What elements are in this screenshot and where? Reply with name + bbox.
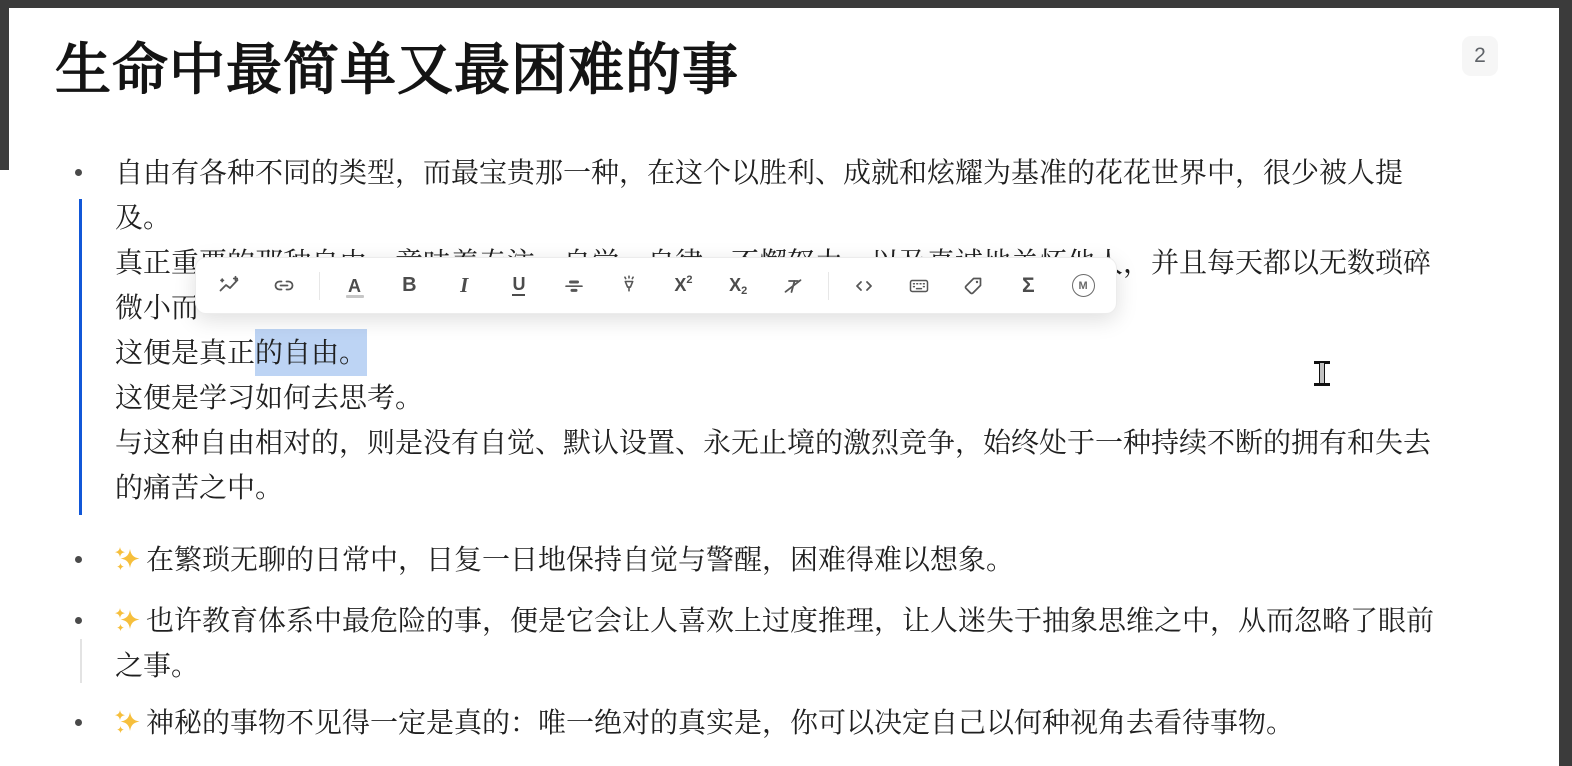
inline-code-button[interactable] — [844, 266, 884, 306]
paragraph-line[interactable]: 这便是真正的自由。 — [115, 330, 367, 375]
paragraph-line[interactable]: 与这种自由相对的，则是没有自觉、默认设置、永无止境的激烈竞争，始终处于一种持续不… — [115, 420, 1431, 465]
sparkles-emoji — [112, 603, 142, 633]
highlight-icon — [617, 274, 641, 298]
inline-code-icon — [852, 274, 876, 298]
underline-icon: U — [512, 275, 525, 296]
strikethrough-icon — [562, 274, 586, 298]
keyboard-button[interactable] — [899, 266, 939, 306]
clear-format-button[interactable] — [773, 266, 813, 306]
paragraph-line[interactable]: 及。 — [115, 195, 171, 240]
bullet-marker — [75, 169, 82, 176]
tag-icon — [961, 274, 985, 298]
active-block-indicator — [79, 199, 82, 515]
paragraph-line[interactable]: 也许教育体系中最危险的事，便是它会让人喜欢上过度推理，让人迷失于抽象思维之中，从… — [112, 598, 1434, 643]
link-button[interactable] — [264, 266, 304, 306]
paragraph-line[interactable]: 在繁琐无聊的日常中，日复一日地保持自觉与警醒，困难得难以想象。 — [112, 537, 1014, 582]
markdown-icon: M — [1072, 274, 1095, 297]
bullet-marker — [75, 719, 82, 726]
sparkles-emoji — [112, 542, 142, 572]
text-cursor-pointer — [1313, 361, 1331, 386]
superscript-icon: X — [674, 275, 686, 296]
bullet-text: 也许教育体系中最危险的事，便是它会让人喜欢上过度推理，让人迷失于抽象思维之中，从… — [146, 605, 1434, 636]
counter-badge-value: 2 — [1474, 44, 1486, 68]
bullet-marker — [75, 556, 82, 563]
highlight-button[interactable] — [609, 266, 649, 306]
paragraph-line[interactable]: 自由有各种不同的类型，而最宝贵那一种，在这个以胜利、成就和炫耀为基准的花花世界中… — [115, 150, 1403, 195]
editor-window: 生命中最简单又最困难的事 2 自由有各种不同的类型，而最宝贵那一种，在这个以胜利… — [0, 0, 1572, 766]
font-color-button[interactable]: A — [335, 266, 375, 306]
formula-button[interactable]: Σ — [1008, 266, 1048, 306]
bold-button[interactable]: B — [389, 266, 429, 306]
frame-top-edge — [0, 0, 1572, 8]
tag-button[interactable] — [954, 266, 994, 306]
font-color-icon: A — [348, 277, 361, 295]
frame-right-edge — [1559, 0, 1572, 766]
toolbar-divider — [319, 272, 320, 300]
paragraph-line[interactable]: 之事。 — [115, 643, 199, 688]
markdown-button[interactable]: M — [1063, 266, 1103, 306]
bullet-text: 神秘的事物不见得一定是真的：唯一绝对的真实是，你可以决定自己以何种视角去看待事物… — [146, 707, 1294, 738]
italic-button[interactable]: I — [444, 266, 484, 306]
paragraph-line[interactable]: 神秘的事物不见得一定是真的：唯一绝对的真实是，你可以决定自己以何种视角去看待事物… — [112, 700, 1294, 745]
strikethrough-button[interactable] — [554, 266, 594, 306]
paragraph-line[interactable]: 这便是学习如何去思考。 — [115, 375, 423, 420]
formatting-toolbar: A B I U X2 — [195, 257, 1117, 314]
counter-badge[interactable]: 2 — [1462, 36, 1498, 76]
ai-polish-icon — [217, 274, 241, 298]
keyboard-icon — [907, 274, 931, 298]
toolbar-divider — [828, 272, 829, 300]
superscript-button[interactable]: X2 — [664, 266, 704, 306]
underline-button[interactable]: U — [499, 266, 539, 306]
paragraph-line[interactable]: 微小而 — [115, 285, 199, 330]
page-title[interactable]: 生命中最简单又最困难的事 — [55, 36, 739, 104]
bullet-text: 在繁琐无聊的日常中，日复一日地保持自觉与警醒，困难得难以想象。 — [146, 544, 1014, 575]
bullet-marker — [75, 617, 82, 624]
formula-icon: Σ — [1022, 274, 1035, 298]
bold-icon: B — [402, 274, 416, 297]
list-thread-line — [80, 639, 82, 683]
ai-polish-button[interactable] — [209, 266, 249, 306]
text-before-selection: 这便是真正 — [115, 337, 255, 368]
italic-icon: I — [460, 273, 468, 298]
clear-format-icon — [781, 274, 805, 298]
sparkles-emoji — [112, 705, 142, 735]
subscript-icon: X — [729, 275, 741, 296]
frame-left-edge — [0, 0, 9, 170]
link-icon — [272, 274, 296, 298]
selected-text: 的自由。 — [255, 329, 367, 376]
subscript-button[interactable]: X2 — [718, 266, 758, 306]
paragraph-line[interactable]: 的痛苦之中。 — [115, 465, 283, 510]
